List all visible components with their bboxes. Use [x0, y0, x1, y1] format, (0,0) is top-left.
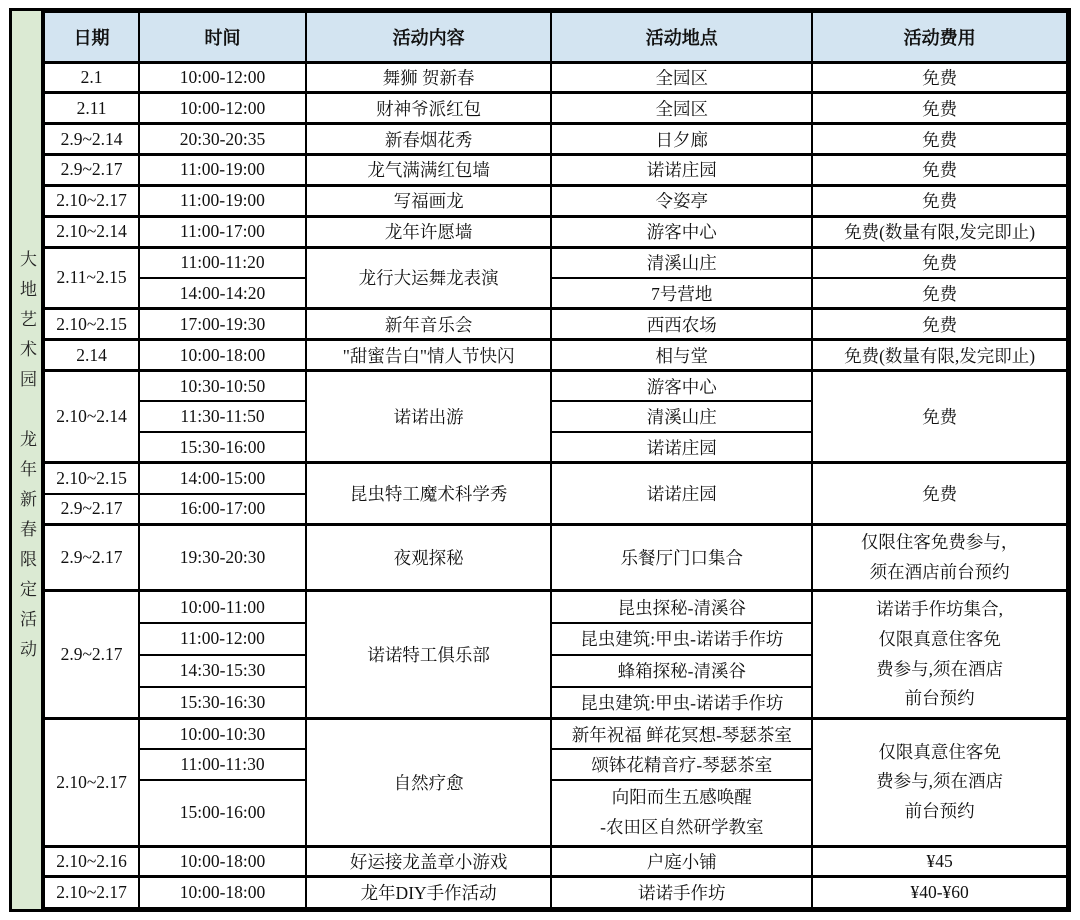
- table-cell: 2.11~2.15: [44, 247, 139, 309]
- table-cell: 乐餐厅门口集合: [551, 525, 812, 591]
- table-cell: 15:30-16:30: [139, 687, 306, 719]
- table-cell: 免费: [812, 247, 1067, 278]
- table-cell: 免费: [812, 93, 1067, 124]
- table-cell: 免费(数量有限,发完即止): [812, 340, 1067, 371]
- table-cell: 舞狮 贺新春: [306, 62, 552, 93]
- table-row: 2.10~2.1410:30-10:50诺诺出游游客中心免费: [44, 370, 1067, 401]
- table-cell: 颂钵花精音疗-琴瑟茶室: [551, 749, 812, 780]
- table-cell: 11:00-11:20: [139, 247, 306, 278]
- table-cell: 11:00-19:00: [139, 185, 306, 216]
- table-cell: 诺诺庄园: [551, 155, 812, 186]
- column-header-content: 活动内容: [306, 12, 552, 62]
- table-cell: 2.9~2.17: [44, 591, 139, 719]
- table-cell: 西西农场: [551, 309, 812, 340]
- header-row: 日期 时间 活动内容 活动地点 活动费用: [44, 12, 1067, 62]
- schedule-table: 日期 时间 活动内容 活动地点 活动费用 2.110:00-12:00舞狮 贺新…: [43, 11, 1068, 909]
- table-row: 14:00-14:207号营地免费: [44, 278, 1067, 309]
- table-cell: 龙气满满红包墙: [306, 155, 552, 186]
- table-cell: 昆虫建筑:甲虫-诺诺手作坊: [551, 623, 812, 655]
- table-cell: 2.9~2.17: [44, 494, 139, 525]
- column-header-fee: 活动费用: [812, 12, 1067, 62]
- table-cell: 免费: [812, 463, 1067, 525]
- sidebar-park-name: 大地艺术园: [18, 250, 35, 400]
- table-cell: 免费(数量有限,发完即止): [812, 216, 1067, 247]
- table-cell: 10:00-10:30: [139, 718, 306, 749]
- table-cell: 清溪山庄: [551, 401, 812, 432]
- table-cell: 2.14: [44, 340, 139, 371]
- table-cell: 向阳而生五感唤醒-农田区自然研学教室: [551, 780, 812, 846]
- table-row: 2.10~2.1710:00-10:30自然疗愈新年祝福 鲜花冥想-琴瑟茶室仅限…: [44, 718, 1067, 749]
- table-cell: 10:00-18:00: [139, 877, 306, 908]
- table-row: 2.10~2.1411:00-17:00龙年许愿墙游客中心免费(数量有限,发完即…: [44, 216, 1067, 247]
- table-cell: 写福画龙: [306, 185, 552, 216]
- table-cell: 免费: [812, 309, 1067, 340]
- table-cell: 免费: [812, 185, 1067, 216]
- table-cell: 清溪山庄: [551, 247, 812, 278]
- table-cell: 诺诺特工俱乐部: [306, 591, 552, 719]
- table-cell: 15:30-16:00: [139, 432, 306, 463]
- table-cell: 2.9~2.14: [44, 124, 139, 155]
- table-cell: 诺诺庄园: [551, 463, 812, 525]
- table-cell: 2.10~2.17: [44, 877, 139, 908]
- column-header-time: 时间: [139, 12, 306, 62]
- table-row: 2.9~2.1711:00-19:00龙气满满红包墙诺诺庄园免费: [44, 155, 1067, 186]
- table-cell: 诺诺手作坊: [551, 877, 812, 908]
- table-cell: 自然疗愈: [306, 718, 552, 846]
- table-cell: 16:00-17:00: [139, 494, 306, 525]
- table-cell: 蜂箱探秘-清溪谷: [551, 655, 812, 687]
- table-cell: 游客中心: [551, 216, 812, 247]
- table-cell: 10:30-10:50: [139, 370, 306, 401]
- table-cell: 令姿亭: [551, 185, 812, 216]
- table-cell: 2.9~2.17: [44, 155, 139, 186]
- sidebar: 大地艺术园 龙年新春限定活动: [12, 11, 43, 909]
- table-cell: 昆虫探秘-清溪谷: [551, 591, 812, 623]
- table-cell: 免费: [812, 62, 1067, 93]
- table-cell: 14:30-15:30: [139, 655, 306, 687]
- table-cell: 新春烟花秀: [306, 124, 552, 155]
- table-cell: 龙行大运舞龙表演: [306, 247, 552, 309]
- table-cell: ¥45: [812, 846, 1067, 877]
- table-cell: 免费: [812, 370, 1067, 463]
- table-row: 2.10~2.1517:00-19:30新年音乐会西西农场免费: [44, 309, 1067, 340]
- table-cell: 2.9~2.17: [44, 525, 139, 591]
- table-cell: 昆虫特工魔术科学秀: [306, 463, 552, 525]
- table-row: 2.10~2.1514:00-15:00昆虫特工魔术科学秀诺诺庄园免费: [44, 463, 1067, 494]
- table-row: 2.1410:00-18:00"甜蜜告白"情人节快闪相与堂免费(数量有限,发完即…: [44, 340, 1067, 371]
- schedule-frame: 大地艺术园 龙年新春限定活动 日期 时间 活动内容 活动地点 活动费用 2.11…: [9, 8, 1071, 912]
- table-cell: 11:00-17:00: [139, 216, 306, 247]
- table-cell: 昆虫建筑:甲虫-诺诺手作坊: [551, 687, 812, 719]
- table-cell: 日夕廊: [551, 124, 812, 155]
- table-cell: 10:00-18:00: [139, 846, 306, 877]
- table-cell: 10:00-12:00: [139, 93, 306, 124]
- column-header-location: 活动地点: [551, 12, 812, 62]
- table-cell: 7号营地: [551, 278, 812, 309]
- table-row: 2.9~2.1719:30-20:30夜观探秘乐餐厅门口集合仅限住客免费参与，须…: [44, 525, 1067, 591]
- table-cell: 新年祝福 鲜花冥想-琴瑟茶室: [551, 718, 812, 749]
- table-cell: 11:00-11:30: [139, 749, 306, 780]
- table-row: 2.10~2.1610:00-18:00好运接龙盖章小游戏户庭小铺¥45: [44, 846, 1067, 877]
- table-cell: "甜蜜告白"情人节快闪: [306, 340, 552, 371]
- table-row: 2.11~2.1511:00-11:20龙行大运舞龙表演清溪山庄免费: [44, 247, 1067, 278]
- table-cell: 相与堂: [551, 340, 812, 371]
- table-cell: 龙年DIY手作活动: [306, 877, 552, 908]
- table-cell: 2.10~2.17: [44, 185, 139, 216]
- table-cell: 14:00-15:00: [139, 463, 306, 494]
- table-row: 2.10~2.1710:00-18:00龙年DIY手作活动诺诺手作坊¥40-¥6…: [44, 877, 1067, 908]
- table-cell: 仅限住客免费参与，须在酒店前台预约: [812, 525, 1067, 591]
- table-cell: ¥40-¥60: [812, 877, 1067, 908]
- table-row: 2.10~2.1711:00-19:00写福画龙令姿亭免费: [44, 185, 1067, 216]
- table-cell: 20:30-20:35: [139, 124, 306, 155]
- table-cell: 夜观探秘: [306, 525, 552, 591]
- table-cell: 仅限真意住客免费参与,须在酒店前台预约: [812, 718, 1067, 846]
- table-cell: 户庭小铺: [551, 846, 812, 877]
- table-cell: 2.10~2.14: [44, 216, 139, 247]
- table-cell: 诺诺手作坊集合,仅限真意住客免费参与,须在酒店前台预约: [812, 591, 1067, 719]
- table-cell: 2.10~2.17: [44, 718, 139, 846]
- table-cell: 游客中心: [551, 370, 812, 401]
- table-cell: 19:30-20:30: [139, 525, 306, 591]
- schedule-body: 2.110:00-12:00舞狮 贺新春全园区免费2.1110:00-12:00…: [44, 62, 1067, 908]
- table-cell: 诺诺出游: [306, 370, 552, 463]
- table-cell: 15:00-16:00: [139, 780, 306, 846]
- table-header: 日期 时间 活动内容 活动地点 活动费用: [44, 12, 1067, 62]
- table-cell: 2.10~2.15: [44, 309, 139, 340]
- table-cell: 2.10~2.15: [44, 463, 139, 494]
- table-row: 2.110:00-12:00舞狮 贺新春全园区免费: [44, 62, 1067, 93]
- table-row: 2.9~2.1710:00-11:00诺诺特工俱乐部昆虫探秘-清溪谷诺诺手作坊集…: [44, 591, 1067, 623]
- table-cell: 10:00-12:00: [139, 62, 306, 93]
- table-cell: 免费: [812, 155, 1067, 186]
- table-cell: 好运接龙盖章小游戏: [306, 846, 552, 877]
- table-cell: 免费: [812, 278, 1067, 309]
- sidebar-event-name: 龙年新春限定活动: [18, 430, 35, 670]
- table-cell: 2.10~2.14: [44, 370, 139, 463]
- table-cell: 10:00-18:00: [139, 340, 306, 371]
- table-cell: 免费: [812, 124, 1067, 155]
- table-cell: 全园区: [551, 93, 812, 124]
- table-row: 2.1110:00-12:00财神爷派红包全园区免费: [44, 93, 1067, 124]
- table-cell: 诺诺庄园: [551, 432, 812, 463]
- table-cell: 17:00-19:30: [139, 309, 306, 340]
- table-cell: 全园区: [551, 62, 812, 93]
- table-cell: 新年音乐会: [306, 309, 552, 340]
- table-cell: 2.1: [44, 62, 139, 93]
- table-cell: 财神爷派红包: [306, 93, 552, 124]
- table-cell: 11:00-19:00: [139, 155, 306, 186]
- table-cell: 14:00-14:20: [139, 278, 306, 309]
- table-cell: 龙年许愿墙: [306, 216, 552, 247]
- table-cell: 11:30-11:50: [139, 401, 306, 432]
- table-cell: 11:00-12:00: [139, 623, 306, 655]
- column-header-date: 日期: [44, 12, 139, 62]
- table-cell: 2.10~2.16: [44, 846, 139, 877]
- table-cell: 10:00-11:00: [139, 591, 306, 623]
- table-cell: 2.11: [44, 93, 139, 124]
- table-row: 2.9~2.1420:30-20:35新春烟花秀日夕廊免费: [44, 124, 1067, 155]
